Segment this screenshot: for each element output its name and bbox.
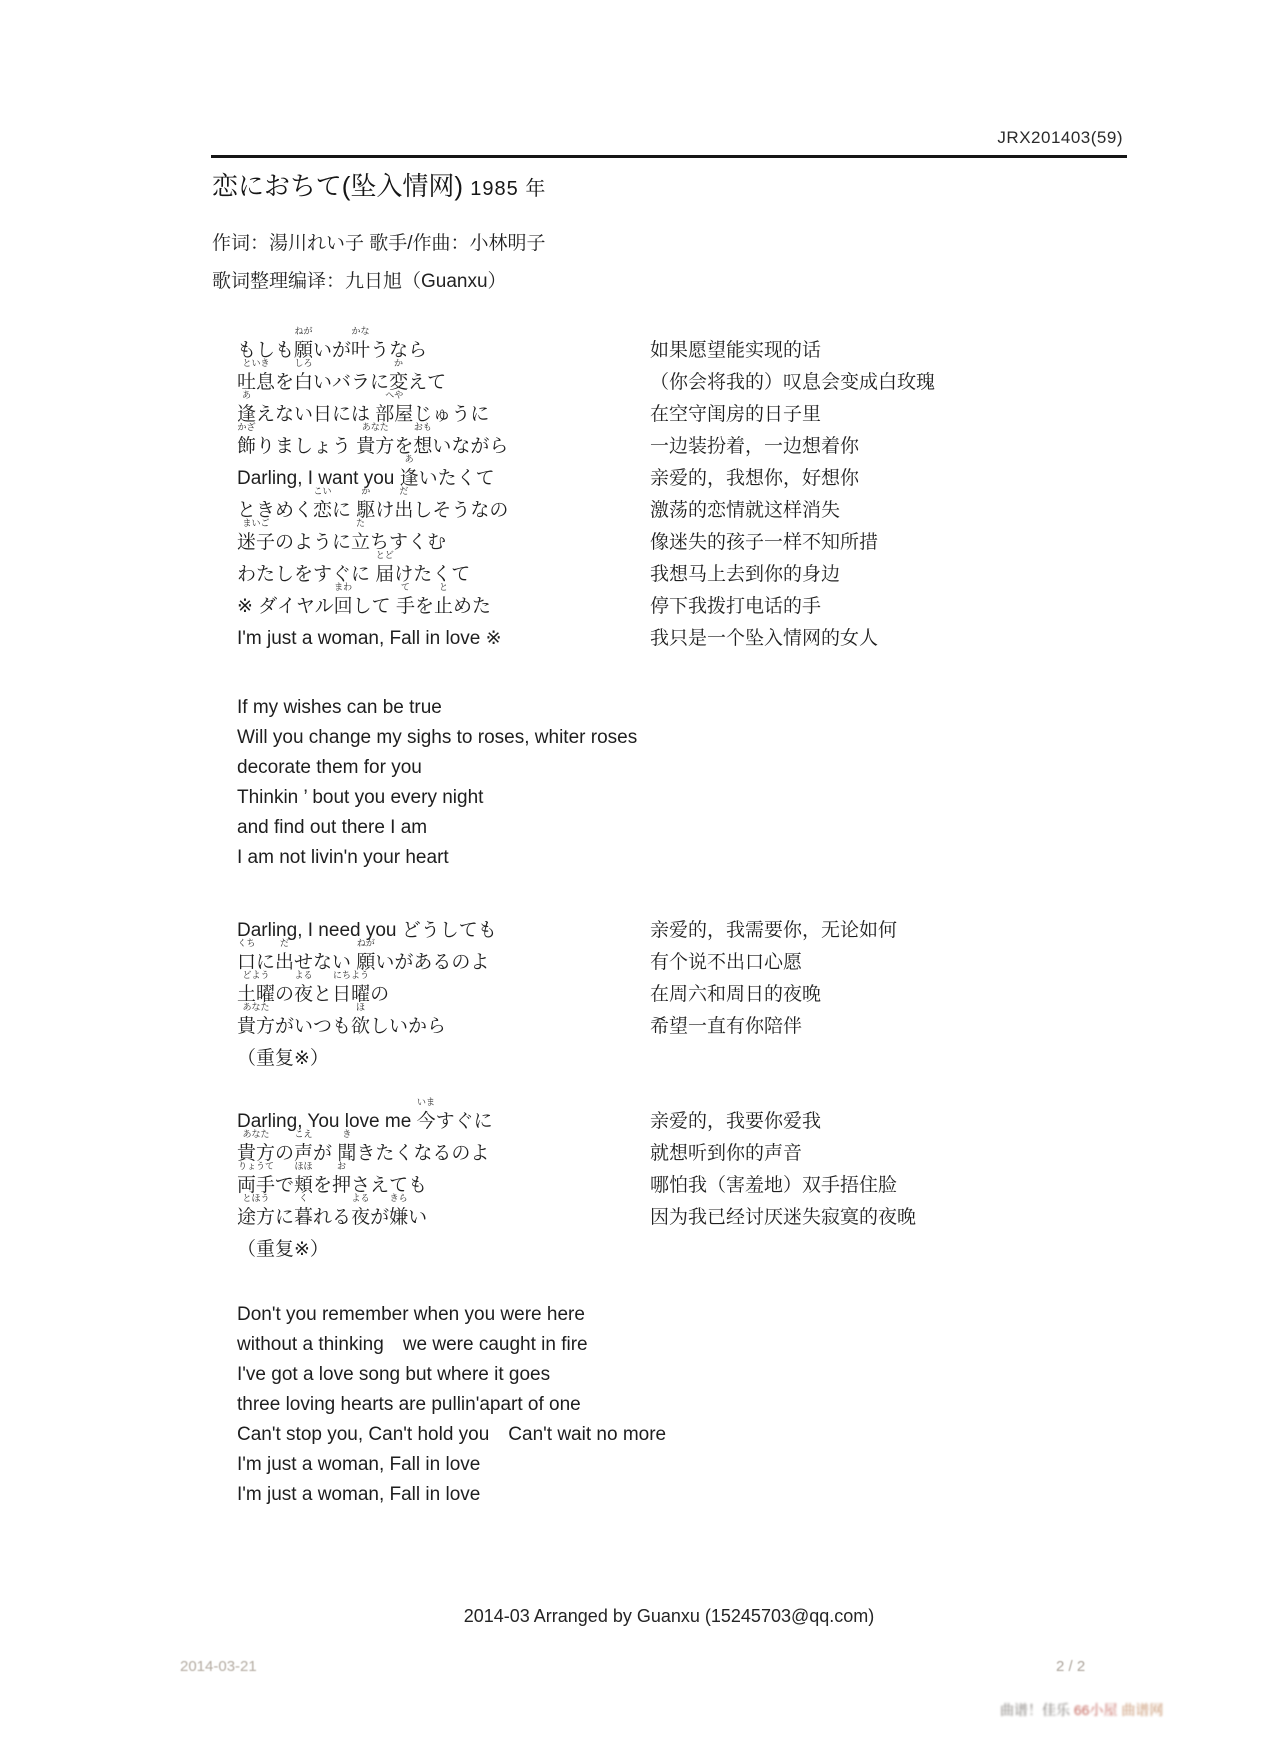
lyric-line-zh: 哪怕我（害羞地）双手捂住脸 [650,1170,1232,1202]
lyric-row: 土曜どようの夜よると日曜にちようの在周六和周日的夜晚 [237,979,1232,1011]
lyric-line-ja: decorate them for you [237,753,650,783]
furigana-reading: あなた [242,1130,269,1139]
lyric-line-zh [650,693,1232,723]
furigana-reading: よる [352,1194,370,1203]
furigana-base: 届とど [375,559,394,591]
lyric-line-ja: I am not livin'n your heart [237,843,650,873]
lyric-line-zh [650,1450,1232,1480]
furigana-reading: おも [414,423,432,432]
lyric-line-ja: Can't stop you, Can't hold you Can't wai… [237,1420,650,1450]
song-year: 1985 年 [470,178,546,200]
lyric-line-zh [650,1330,1232,1360]
furigana-base: 嫌きら [389,1202,408,1234]
lyric-line-zh: 亲爱的，我要你爱我 [650,1106,1232,1138]
lyric-row: （重复※） [237,1234,1232,1266]
lyric-row: Darling, I need you どうしても亲爱的，我需要你，无论如何 [237,915,1232,947]
furigana-reading: て [401,583,410,592]
stanza-verse-1: もしも願ねがいが叶かなうなら如果愿望能实现的话吐息といきを白しろいバラに変かえて… [237,335,1232,655]
furigana-reading: あ [405,455,414,464]
furigana-reading: あなた [242,1003,269,1012]
lyric-row: 口くちに出だせない 願ねがいがあるのよ有个说不出口心愿 [237,947,1232,979]
lyric-line-ja: 土曜どようの夜よると日曜にちようの [237,979,650,1011]
furigana-reading: と [439,583,448,592]
furigana-reading: お [337,1162,346,1171]
furigana-base: 手て [396,591,415,623]
lyric-row: I'm just a woman, Fall in love [237,1480,1232,1510]
lyric-line-zh: 有个说不出口心愿 [650,947,1232,979]
furigana-base: 回まわ [334,591,353,623]
lyric-line-ja: Darling, I need you どうしても [237,915,650,947]
lyric-row: I'm just a woman, Fall in love ※我只是一个坠入情… [237,623,1232,655]
lyric-line-zh: 一边装扮着，一边想着你 [650,431,1232,463]
header-divider [211,155,1127,158]
lyric-line-ja: 飾かざりましょう 貴方あなたを想おもいながら [237,431,650,463]
lyric-line-ja: I'm just a woman, Fall in love [237,1480,650,1510]
furigana-reading: く [299,1194,308,1203]
furigana-reading: りょうて [238,1162,274,1171]
furigana-reading: た [356,519,365,528]
lyric-line-zh [650,723,1232,753]
lyric-line-ja: three loving hearts are pullin'apart of … [237,1390,650,1420]
document-code: JRX201403(59) [997,128,1123,148]
lyric-row: 貴方あなたの声こえが 聞ききたくなるのよ就想听到你的声音 [237,1138,1232,1170]
lyric-row: ※ ダイヤル回まわして 手てを止とめた停下我拨打电话的手 [237,591,1232,623]
furigana-reading: き [342,1130,351,1139]
furigana-reading: だ [399,487,408,496]
lyric-row: Will you change my sighs to roses, white… [237,723,1232,753]
lyric-row: If my wishes can be true [237,693,1232,723]
lyric-line-ja: I'm just a woman, Fall in love [237,1450,650,1480]
furigana-base: 押お [332,1170,351,1202]
lyric-line-ja: I've got a love song but where it goes [237,1360,650,1390]
lyric-line-zh [650,1480,1232,1510]
lyric-line-ja: （重复※） [237,1043,650,1075]
furigana-reading: まわ [334,583,352,592]
furigana-base: 迷子まいご [237,527,275,559]
lyric-line-zh: 停下我拨打电话的手 [650,591,1232,623]
lyric-line-zh [650,843,1232,873]
furigana-reading: といき [242,359,269,368]
lyric-line-ja: （重复※） [237,1234,650,1266]
lyric-row: and find out there I am [237,813,1232,843]
lyric-line-zh [650,1234,1232,1266]
furigana-reading: だ [280,939,289,948]
furigana-reading: へや [385,391,403,400]
lyric-row: I'm just a woman, Fall in love [237,1450,1232,1480]
lyric-line-zh: 在空守闺房的日子里 [650,399,1232,431]
stanza-verse-5: Don't you remember when you were herewit… [237,1300,1232,1510]
lyric-row: decorate them for you [237,753,1232,783]
furigana-base: 出だ [275,947,294,979]
furigana-base: 恋こい [313,495,332,527]
furigana-base: 欲ほ [351,1011,370,1043]
furigana-base: 出だ [394,495,413,527]
lyric-line-zh [650,1360,1232,1390]
lyric-line-ja: 逢あえない日には 部屋へやじゅうに [237,399,650,431]
furigana-base: 想おも [413,431,432,463]
furigana-base: 夜よる [294,979,313,1011]
watermark-segment: 曲谱网 [1117,1702,1163,1718]
stanza-verse-3: Darling, I need you どうしても亲爱的，我需要你，无论如何口く… [237,915,1232,1075]
stanza-verse-4: Darling, You love me 今いますぐに亲爱的，我要你爱我貴方あな… [237,1106,1232,1266]
lyric-line-zh: 如果愿望能实现的话 [650,335,1232,367]
lyric-line-ja: Don't you remember when you were here [237,1300,650,1330]
lyric-line-zh: 因为我已经讨厌迷失寂寞的夜晚 [650,1202,1232,1234]
lyric-line-ja: Darling, I want you 逢あいたくて [237,463,650,495]
furigana-reading: とど [376,551,394,560]
lyric-line-zh [650,1300,1232,1330]
furigana-base: 暮く [294,1202,313,1234]
lyric-line-zh: 亲爱的，我想你，好想你 [650,463,1232,495]
lyric-line-zh [650,783,1232,813]
lyric-row: Don't you remember when you were here [237,1300,1232,1330]
furigana-base: 飾かざ [237,431,256,463]
furigana-reading: よる [295,971,313,980]
lyric-line-ja: 途方とほうに暮くれる夜よるが嫌きらい [237,1202,650,1234]
lyric-line-zh: 我想马上去到你的身边 [650,559,1232,591]
lyric-line-ja: Thinkin ’ bout you every night [237,783,650,813]
lyric-row: Can't stop you, Can't hold you Can't wai… [237,1420,1232,1450]
lyric-row: without a thinking we were caught in fir… [237,1330,1232,1360]
lyric-line-zh: 我只是一个坠入情网的女人 [650,623,1232,655]
lyric-line-zh [650,1390,1232,1420]
furigana-reading: とほう [242,1194,269,1203]
furigana-base: 夜よる [351,1202,370,1234]
furigana-reading: まいご [242,519,269,528]
watermark: 曲谱！佳乐 66小屋 曲谱网 [1000,1700,1230,1720]
furigana-base: 白しろ [294,367,313,399]
furigana-base: 途方とほう [237,1202,275,1234]
lyric-line-ja: without a thinking we were caught in fir… [237,1330,650,1360]
furigana-reading: しろ [295,359,313,368]
footer-date: 2014-03-21 [180,1658,257,1675]
lyric-line-ja: ※ ダイヤル回まわして 手てを止とめた [237,591,650,623]
furigana-reading: きら [390,1194,408,1203]
furigana-base: 立た [351,527,370,559]
furigana-reading: か [361,487,370,496]
lyric-row: three loving hearts are pullin'apart of … [237,1390,1232,1420]
lyric-line-ja: 迷子まいごのように立たちすくむ [237,527,650,559]
song-title: 恋におちて(坠入情网) 1985 年 [212,166,546,203]
furigana-reading: ねが [295,327,313,336]
furigana-reading: いま [417,1098,435,1107]
lyric-line-ja: and find out there I am [237,813,650,843]
lyric-row: ときめく恋こいに 駆かけ出だしそうなの激荡的恋情就这样消失 [237,495,1232,527]
furigana-reading: こい [314,487,332,496]
lyric-row: Darling, I want you 逢あいたくて亲爱的，我想你，好想你 [237,463,1232,495]
lyrics-page: JRX201403(59) 恋におちて(坠入情网) 1985 年 作词：湯川れい… [0,0,1272,1744]
lyric-row: Darling, You love me 今いますぐに亲爱的，我要你爱我 [237,1106,1232,1138]
furigana-reading: あ [242,391,251,400]
furigana-reading: ほほ [295,1162,313,1171]
lyric-line-zh: 像迷失的孩子一样不知所措 [650,527,1232,559]
furigana-base: 今いま [417,1106,436,1138]
watermark-segment: 曲谱！佳乐 [1000,1702,1074,1718]
lyric-row: もしも願ねがいが叶かなうなら如果愿望能实现的话 [237,335,1232,367]
furigana-reading: ほ [356,1003,365,1012]
lyric-line-zh [650,813,1232,843]
footer-arranger-note: 2014-03 Arranged by Guanxu (15245703@qq.… [211,1606,1127,1627]
lyric-line-zh [650,753,1232,783]
furigana-reading: こえ [295,1130,313,1139]
lyric-line-zh: 就想听到你的声音 [650,1138,1232,1170]
credit-writers: 作词：湯川れい子 歌手/作曲：小林明子 [212,228,546,255]
lyric-line-zh: 希望一直有你陪伴 [650,1011,1232,1043]
lyric-row: Thinkin ’ bout you every night [237,783,1232,813]
furigana-reading: くち [237,939,255,948]
stanza-verse-2: If my wishes can be trueWill you change … [237,693,1232,873]
lyric-row: I am not livin'n your heart [237,843,1232,873]
lyric-line-ja: I'm just a woman, Fall in love ※ [237,623,650,655]
lyric-row: 途方とほうに暮くれる夜よるが嫌きらい因为我已经讨厌迷失寂寞的夜晚 [237,1202,1232,1234]
footer-page-number: 2 / 2 [1056,1658,1085,1675]
lyric-line-ja: 貴方あなたがいつも欲ほしいから [237,1011,650,1043]
furigana-base: 貴方あなた [237,1011,275,1043]
furigana-reading: どよう [242,971,269,980]
lyric-row: 飾かざりましょう 貴方あなたを想おもいながら一边装扮着，一边想着你 [237,431,1232,463]
lyric-row: 両手りょうてで頬ほほを押おさえても哪怕我（害羞地）双手捂住脸 [237,1170,1232,1202]
lyric-row: I've got a love song but where it goes [237,1360,1232,1390]
furigana-reading: あなた [362,423,389,432]
furigana-reading: かな [352,327,370,336]
lyric-line-zh [650,1420,1232,1450]
furigana-reading: ねが [357,939,375,948]
lyric-line-ja: Will you change my sighs to roses, white… [237,723,650,753]
furigana-reading: か [394,359,403,368]
lyric-line-zh: 在周六和周日的夜晚 [650,979,1232,1011]
lyric-row: 貴方あなたがいつも欲ほしいから希望一直有你陪伴 [237,1011,1232,1043]
lyric-line-zh: （你会将我的）叹息会变成白玫瑰 [650,367,1232,399]
furigana-base: 貴方あなた [356,431,394,463]
furigana-base: 止と [434,591,453,623]
watermark-segment: 66小屋 [1074,1702,1118,1718]
lyric-line-ja: ときめく恋こいに 駆かけ出だしそうなの [237,495,650,527]
credit-translator: 歌词整理编译：九日旭（Guanxu） [212,266,507,293]
lyric-line-zh [650,1043,1232,1075]
lyric-line-ja: If my wishes can be true [237,693,650,723]
lyric-line-zh: 激荡的恋情就这样消失 [650,495,1232,527]
furigana-reading: にちよう [333,971,369,980]
furigana-base: 叶かな [351,335,370,367]
song-title-text: 恋におちて(坠入情网) [212,171,470,201]
lyric-row: わたしをすぐに 届とどけたくて我想马上去到你的身边 [237,559,1232,591]
furigana-reading: かざ [237,423,255,432]
lyric-line-ja: 吐息といきを白しろいバラに変かえて [237,367,650,399]
lyric-line-zh: 亲爱的，我需要你，无论如何 [650,915,1232,947]
lyric-row: （重复※） [237,1043,1232,1075]
